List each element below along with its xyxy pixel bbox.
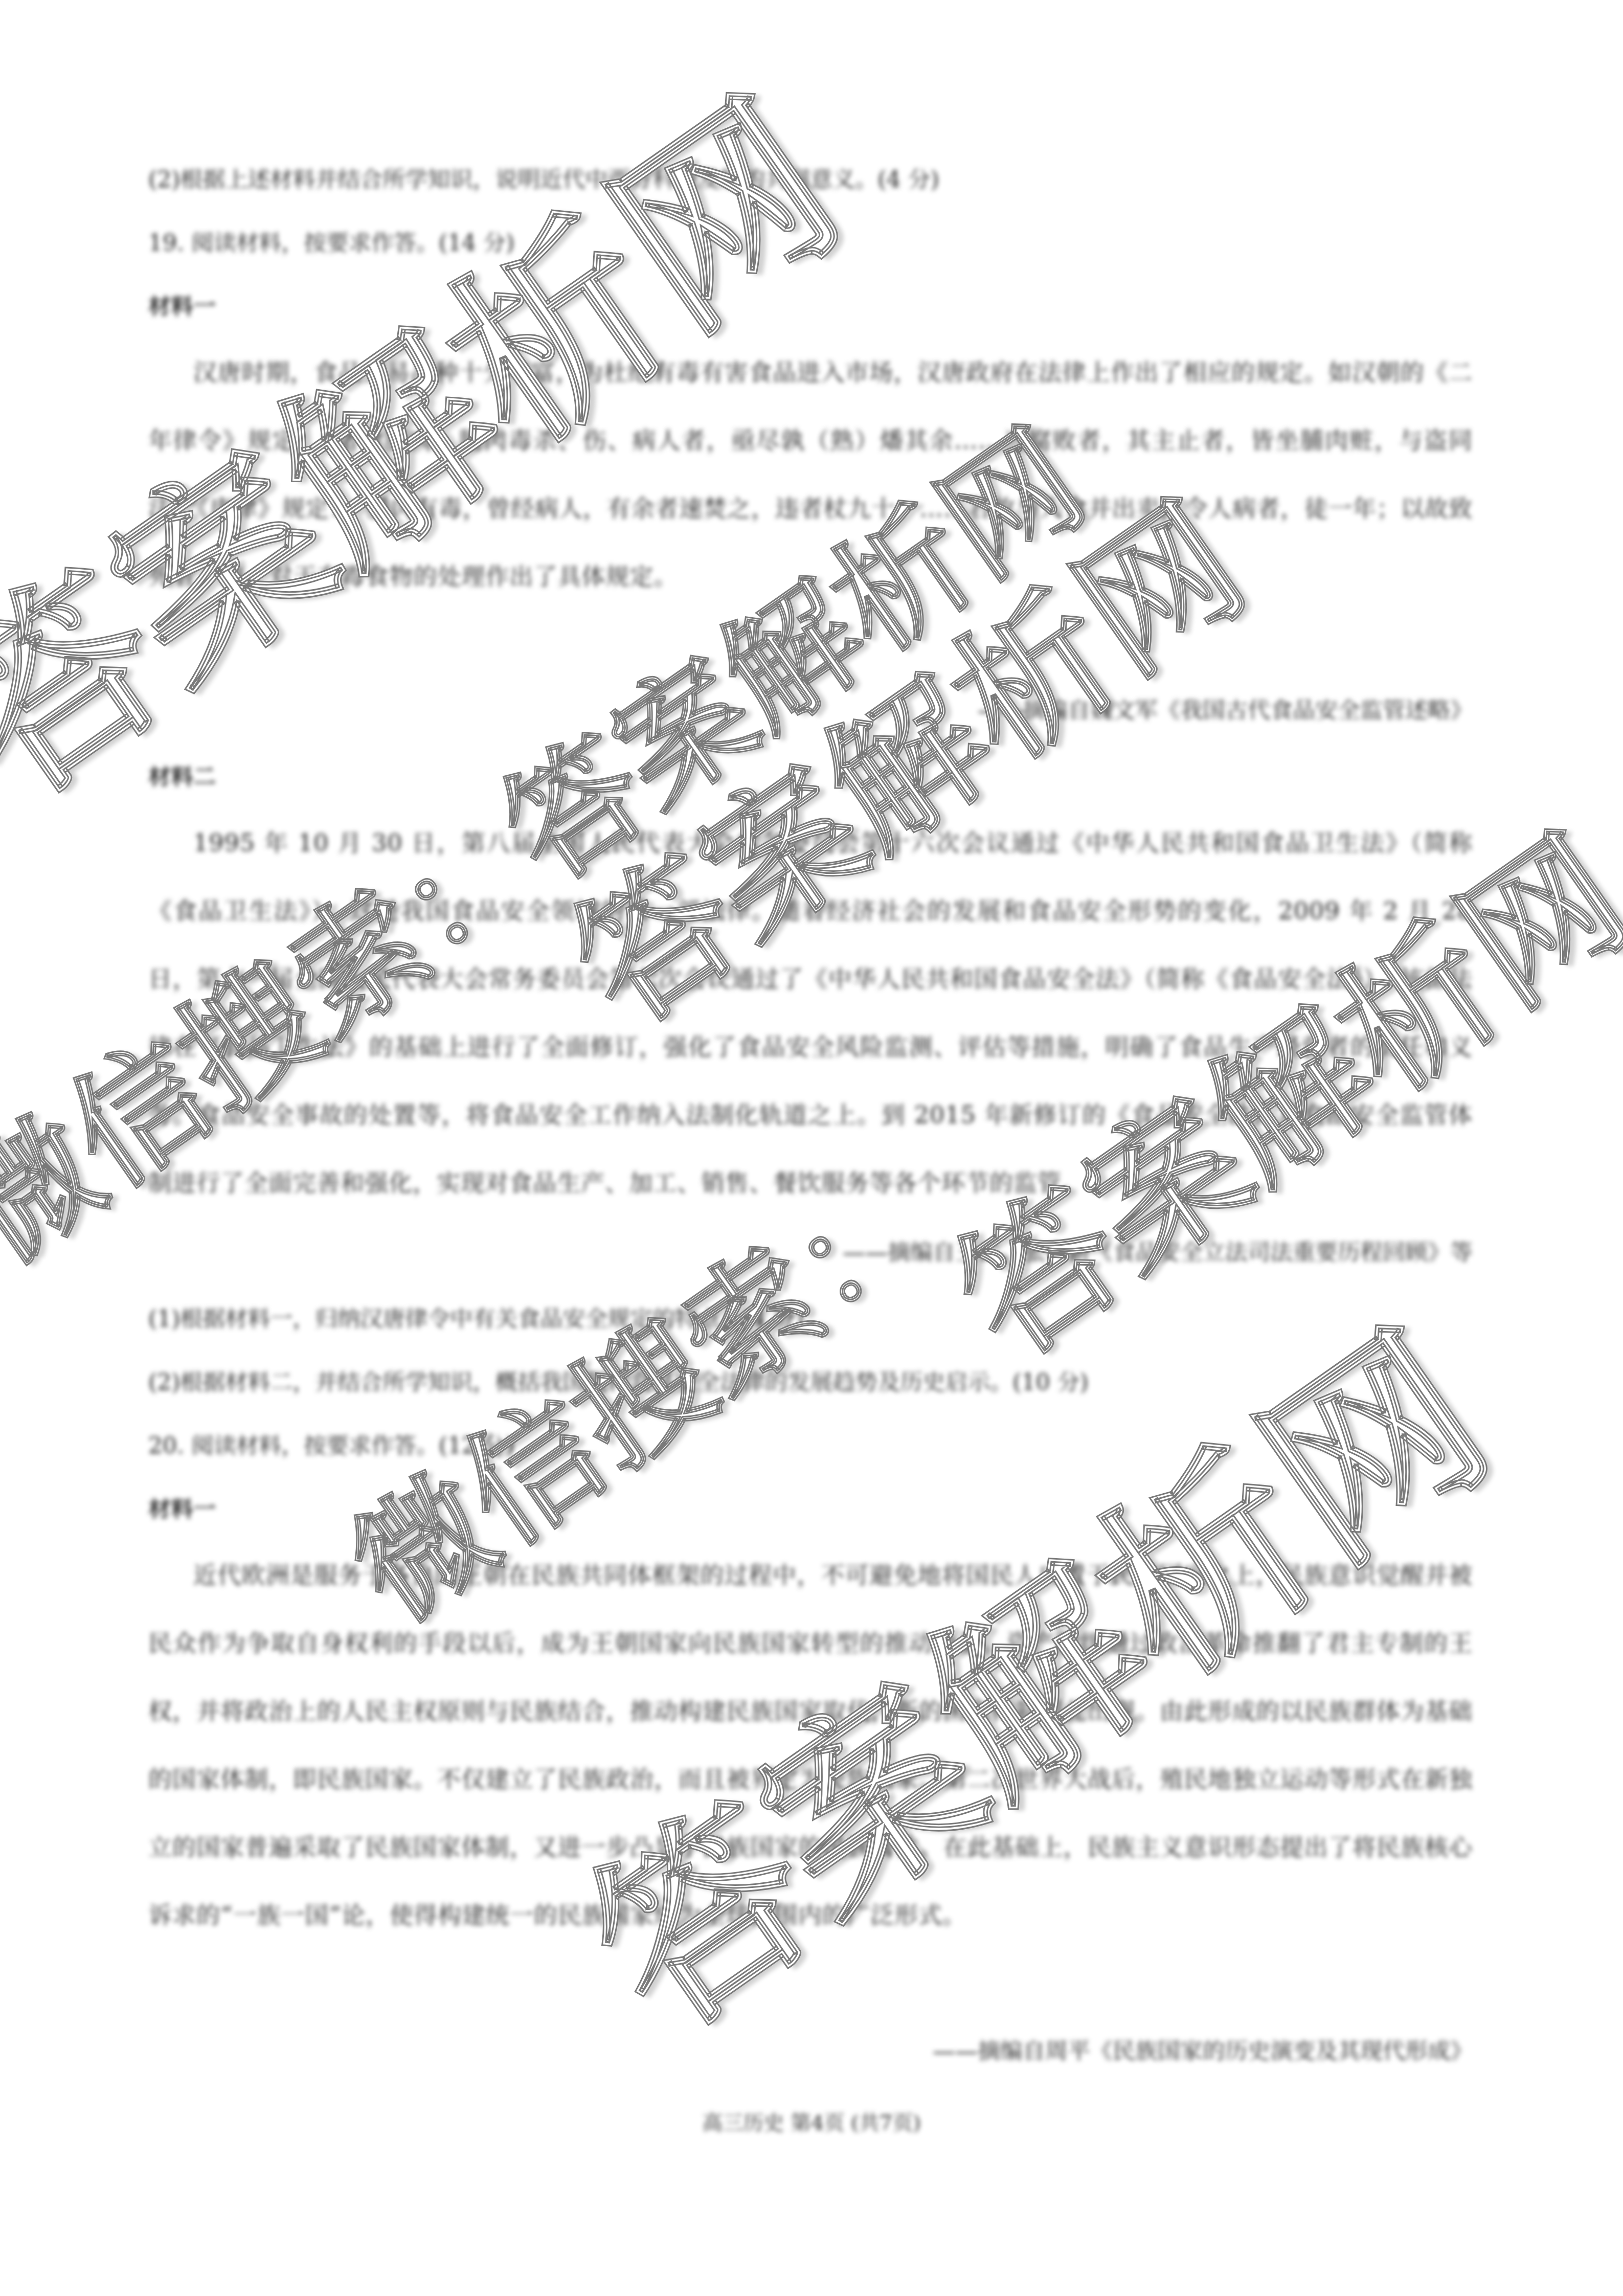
exam-page: (2)根据上述材料并结合所学知识，说明近代中西方科技发展的共同意义。(4 分) …: [0, 0, 1623, 2296]
material-source-1: ——摘编自魏文军《我国古代食品安全监管述略》: [148, 700, 1473, 766]
question-18-2: (2)根据上述材料并结合所学知识，说明近代中西方科技发展的共同意义。(4 分): [148, 169, 1473, 232]
material-source-2: ——摘编自王仁、张春新《食品安全立法司法重要历程回顾》等: [148, 1242, 1473, 1308]
material-paragraph-2: 1995 年 10 月 30 日，第八届全国人民代表大会常务委员会第十六次会议通…: [148, 809, 1473, 1218]
page-content: (2)根据上述材料并结合所学知识，说明近代中西方科技发展的共同意义。(4 分) …: [148, 169, 1473, 2107]
question-20-heading: 20. 阅读材料，按要求作答。(12 分): [148, 1435, 1473, 1498]
material-paragraph-3: 近代欧洲是服务于各自的王朝在民族共同体框架的过程中，不可避免地将国民人口置于民族…: [148, 1541, 1473, 2017]
question-19-heading: 19. 阅读材料，按要求作答。(14 分): [148, 232, 1473, 296]
page-footer: 高三历史 第4页 (共7页): [0, 2107, 1623, 2136]
question-19-2: (2)根据材料二，并结合所学知识，概括我国现代食品安全法律的发展趋势及历史启示。…: [148, 1371, 1473, 1435]
question-19-1: (1)根据材料一，归纳汉唐律令中有关食品安全规定的特点。(4 分): [148, 1308, 1473, 1371]
material-source-3: ——摘编自周平《民族国家的历史演变及其现代形成》: [148, 2040, 1473, 2107]
material-paragraph-1: 汉唐时期，食品交易品种十分丰富，为杜绝有毒有害食品进入市场，汉唐政府在法律上作出…: [148, 339, 1473, 676]
